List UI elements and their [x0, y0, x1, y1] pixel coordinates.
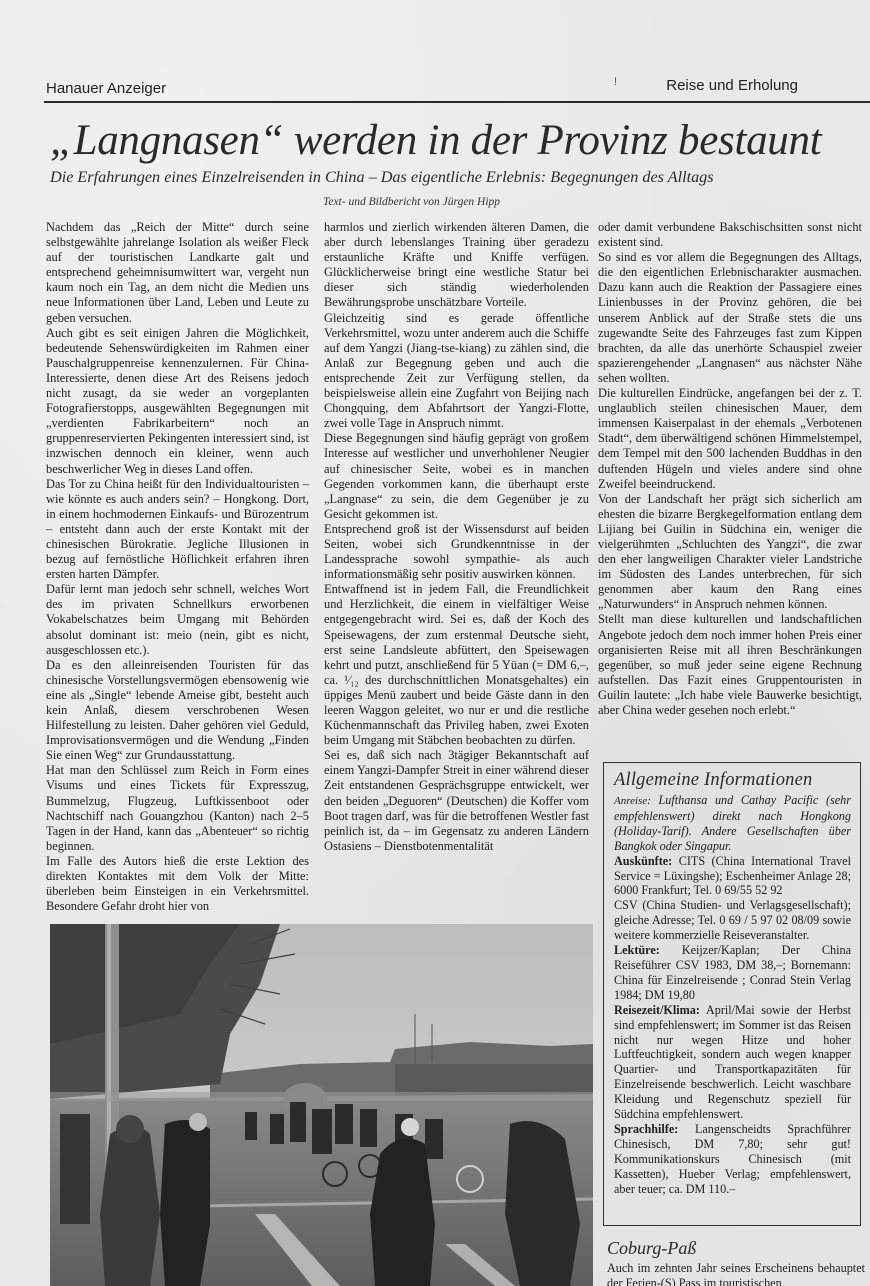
- info-box-title: Allgemeine Informationen: [614, 769, 851, 791]
- byline: Text- und Bildbericht von Jürgen Hipp: [323, 196, 500, 208]
- info-label: Anreise:: [614, 795, 651, 807]
- info-entry-sprachhilfe: Sprachhilfe: Langenscheidts Sprachführer…: [614, 1122, 851, 1197]
- paragraph: Im Falle des Autors hieß die erste Lekti…: [46, 854, 309, 914]
- paragraph: Das Tor zu China heißt für den Individua…: [46, 477, 309, 583]
- sidebar-article-text: Auch im zehnten Jahr seines Erscheinens …: [607, 1261, 865, 1286]
- section-name: Reise und Erholung: [666, 77, 798, 94]
- paragraph: Da es den alleinreisenden Touristen für …: [46, 658, 309, 764]
- info-label: Auskünfte:: [614, 854, 672, 868]
- info-text: April/Mai sowie der Herbst sind empfehle…: [614, 1003, 851, 1121]
- sidebar-article-title: Coburg-Paß: [607, 1237, 865, 1259]
- paragraph: oder damit verbundene Bakschischsitten s…: [598, 220, 862, 250]
- paragraph: Nachdem das „Reich der Mitte“ durch sein…: [46, 220, 309, 326]
- info-entry-auskuenfte: Auskünfte: CITS (China International Tra…: [614, 854, 851, 899]
- paragraph: Dafür lernt man jedoch sehr schnell, wel…: [46, 582, 309, 657]
- paragraph: harmlos und zierlich wirkenden älteren D…: [324, 220, 589, 311]
- article-column-2: harmlos und zierlich wirkenden älteren D…: [324, 220, 589, 854]
- info-text: CSV (China Studien- und Verlagsgesellsch…: [614, 898, 851, 942]
- article-column-3: oder damit verbundene Bakschischsitten s…: [598, 220, 862, 718]
- newspaper-name: Hanauer Anzeiger: [46, 80, 166, 97]
- info-box: Allgemeine Informationen Anreise: Luftha…: [603, 762, 861, 1226]
- paragraph: Entwaffnend ist in jedem Fall, die Freun…: [324, 582, 589, 748]
- paragraph: Auch gibt es seit einigen Jahren die Mög…: [46, 326, 309, 477]
- info-label: Lektüre:: [614, 943, 660, 957]
- paragraph: Von der Landschaft her prägt sich sicher…: [598, 492, 862, 613]
- headline: „Langnasen“ werden in der Provinz bestau…: [50, 117, 870, 165]
- masthead-rule: [44, 101, 870, 103]
- info-entry-csv: CSV (China Studien- und Verlagsgesellsch…: [614, 898, 851, 943]
- print-mark: !: [614, 76, 617, 88]
- paragraph: Sei es, daß sich nach 3tägiger Bekanntsc…: [324, 748, 589, 854]
- info-entry-lektuere: Lektüre: Keijzer/Kaplan; Der China Reise…: [614, 943, 851, 1003]
- paragraph: Die kulturellen Eindrücke, angefangen be…: [598, 386, 862, 492]
- paragraph: Stellt man diese kulturellen und landsch…: [598, 612, 862, 718]
- article-column-1: Nachdem das „Reich der Mitte“ durch sein…: [46, 220, 309, 914]
- masthead: Hanauer Anzeiger ! Reise und Erholung: [46, 80, 870, 100]
- subheadline: Die Erfahrungen eines Einzelreisenden in…: [50, 167, 870, 187]
- street-scene-photo: [50, 924, 593, 1286]
- sidebar-article: Coburg-Paß Auch im zehnten Jahr seines E…: [607, 1237, 865, 1286]
- paragraph: Hat man den Schlüssel zum Reich in Form …: [46, 763, 309, 854]
- paragraph: Gleichzeitig sind es gerade öffentliche …: [324, 311, 589, 432]
- paragraph: So sind es vor allem die Begegnungen des…: [598, 250, 862, 386]
- info-entry-anreise: Anreise: Lufthansa und Cathay Pacific (s…: [614, 793, 851, 854]
- paragraph: Entsprechend groß ist der Wissensdurst a…: [324, 522, 589, 582]
- photo-illustration: [50, 924, 593, 1286]
- info-label: Reisezeit/Klima:: [614, 1003, 700, 1017]
- info-entry-reisezeit: Reisezeit/Klima: April/Mai sowie der Her…: [614, 1003, 851, 1122]
- info-label: Sprachhilfe:: [614, 1122, 678, 1136]
- paragraph: Diese Begegnungen sind häufig geprägt vo…: [324, 431, 589, 522]
